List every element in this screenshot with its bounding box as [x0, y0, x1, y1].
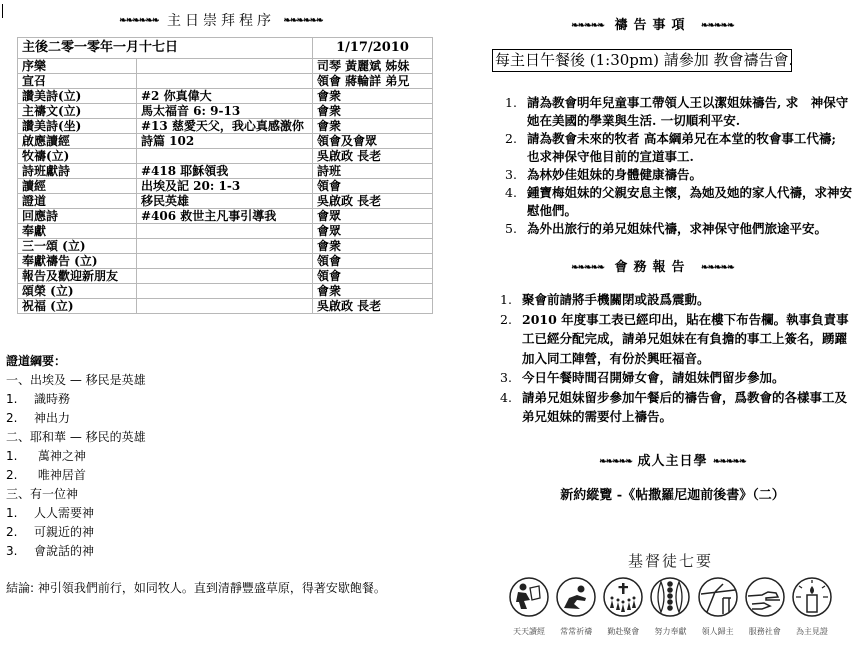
program-item: 證道 [18, 194, 137, 209]
outline-conclusion: 結論: 神引領我們前行，如同牧人。直到清靜豐盛草原，得著安歇飽餐。 [6, 580, 436, 597]
item-number: 2. [500, 310, 512, 330]
program-item: 牧禱(立) [18, 149, 137, 164]
outline-line: 1. 萬神之神 [6, 447, 436, 466]
item-number: 3. [505, 166, 517, 184]
essential-label: 為主見證 [796, 626, 828, 637]
chinese-date: 主後二零一零年一月十七日 [18, 38, 313, 59]
item-text: 為外出旅行的弟兄姐妹代禱，求神保守他們旅途平安。 [527, 221, 827, 236]
program-item: 讚美詩(坐) [18, 119, 137, 134]
program-item: 奉獻禱告 (立) [18, 254, 137, 269]
list-item: 2.2010 年度事工表已經印出，貼在樓下布告欄。執事負責事工已經分配完成，請弟… [500, 310, 855, 369]
program-header-row: 主後二零一零年一月十七日 1/17/2010 [18, 38, 433, 59]
list-item: 3.為林妙佳姐妹的身體健康禱告。 [505, 166, 855, 184]
program-row: 讚美詩(立)#2 你真偉大會衆 [18, 89, 433, 104]
program-leader: 會衆 [313, 284, 433, 299]
bible-reading-icon [508, 576, 550, 622]
outline-line: 1.人人需要神 [6, 504, 436, 523]
prayer-list: 1.請為教會明年兒童事工帶領人王以潔姐妹禱告, 求 神保守她在美國的學業與生活.… [505, 94, 855, 238]
program-leader: 領會及會眾 [313, 134, 433, 149]
program-item: 讚美詩(立) [18, 89, 137, 104]
outline-number: 3. [6, 542, 34, 561]
seven-essentials-graphic: 基督徒七要 天天讀經常常祈禱勤赴聚會努力奉獻領人歸主服務社會為主見證 [507, 550, 834, 637]
program-item: 讀經 [18, 179, 137, 194]
praying-icon [555, 576, 597, 622]
item-text: 聚會前請將手機關閉或設爲震動。 [522, 292, 710, 307]
program-content: 詩篇 102 [137, 134, 313, 149]
program-row: 宣召領會 蔣輪詳 弟兄 [18, 74, 433, 89]
outline-line: 3.會說話的神 [6, 542, 436, 561]
program-item: 主禱文(立) [18, 104, 137, 119]
program-row: 牧禱(立)吳啟政 長老 [18, 149, 433, 164]
ornament-right: ❧❧❧❧❧ [713, 457, 746, 467]
item-text: 鍾寶梅姐妹的父親安息主懷，為她及她的家人代禱，求神安慰他們。 [527, 185, 852, 218]
essential-label: 努力奉獻 [654, 626, 686, 637]
worship-program-title: ❧❧❧❧❧❧ 主日崇拜程序 ❧❧❧❧❧❧ [86, 10, 356, 30]
essential-label: 天天讀經 [513, 626, 545, 637]
ornament-right: ❧❧❧❧❧❧ [283, 16, 322, 26]
program-item: 詩班獻詩 [18, 164, 137, 179]
outline-number: 1. [6, 447, 34, 466]
essential-item: 為主見證 [790, 576, 834, 637]
program-leader: 領會 [313, 269, 433, 284]
program-row: 讚美詩(坐)#13 慈愛天父，我心真感激你會衆 [18, 119, 433, 134]
program-content [137, 59, 313, 74]
list-item: 5.為外出旅行的弟兄姐妹代禱，求神保守他們旅途平安。 [505, 220, 855, 238]
program-content: #2 你真偉大 [137, 89, 313, 104]
outline-heading: 證道綱要： [6, 352, 436, 371]
sunday-school-title: ❧❧❧❧❧ 成人主日學 ❧❧❧❧❧ [550, 450, 795, 469]
program-content: 出埃及記 20: 1-3 [137, 179, 313, 194]
program-row: 讀經出埃及記 20: 1-3領會 [18, 179, 433, 194]
program-content [137, 269, 313, 284]
essential-item: 領人歸主 [696, 576, 740, 637]
outline-number: 1. [6, 390, 34, 409]
program-leader: 會衆 [313, 89, 433, 104]
program-leader: 吳啟政 長老 [313, 149, 433, 164]
program-item: 序樂 [18, 59, 137, 74]
item-number: 3. [500, 368, 512, 388]
outline-line: 一、出埃及 — 移民是英雄 [6, 371, 436, 390]
outline-text: 唯神居首 [34, 468, 86, 482]
program-item: 頌榮 (立) [18, 284, 137, 299]
outline-number: 2. [6, 466, 34, 485]
program-leader: 會眾 [313, 224, 433, 239]
essential-item: 服務社會 [743, 576, 787, 637]
sermon-outline: 證道綱要： 一、出埃及 — 移民是英雄1.識時務2.神出力二、耶和華 — 移民的… [6, 352, 436, 597]
program-leader: 會衆 [313, 119, 433, 134]
program-item: 報告及歡迎新朋友 [18, 269, 137, 284]
leading-to-lord-icon [697, 576, 739, 622]
program-item: 三一頌 (立) [18, 239, 137, 254]
outline-text: 人人需要神 [34, 506, 94, 520]
essential-label: 領人歸主 [702, 626, 734, 637]
program-row: 回應詩#406 救世主凡事引導我會眾 [18, 209, 433, 224]
program-content [137, 284, 313, 299]
prayer-section-title-text: 禱告事項 [614, 18, 690, 33]
program-content: 移民英雄 [137, 194, 313, 209]
program-content [137, 224, 313, 239]
program-row: 啟應讀經詩篇 102領會及會眾 [18, 134, 433, 149]
item-text: 2010 年度事工表已經印出，貼在樓下布告欄。執事負責事工已經分配完成，請弟兄姐… [522, 312, 849, 366]
item-number: 1. [505, 94, 517, 112]
program-leader: 吳啟政 長老 [313, 299, 433, 314]
essential-item: 常常祈禱 [554, 576, 598, 637]
outline-text: 三、有一位神 [6, 487, 78, 501]
program-item: 祝福 (立) [18, 299, 137, 314]
program-row: 奉獻禱告 (立)領會 [18, 254, 433, 269]
item-number: 2. [505, 130, 517, 148]
list-item: 1.請為教會明年兒童事工帶領人王以潔姐妹禱告, 求 神保守她在美國的學業與生活.… [505, 94, 855, 130]
report-section-title: ❧❧❧❧❧ 會務報告 ❧❧❧❧❧ [510, 256, 795, 275]
worship-program-table: 主後二零一零年一月十七日 1/17/2010 序樂司琴 黃麗斌 姊妹宣召領會 蔣… [17, 37, 433, 314]
sunday-school-course: 新約縱覽 -《帖撒羅尼迦前後書》（二） [545, 484, 800, 503]
list-item: 4.請弟兄姐妹留步參加午餐后的禱告會，爲教會的各樣事工及弟兄姐妹的需要付上禱告。 [500, 388, 855, 427]
report-section-title-text: 會務報告 [614, 260, 690, 275]
program-content [137, 149, 313, 164]
program-row: 三一頌 (立)會衆 [18, 239, 433, 254]
outline-line: 2. 唯神居首 [6, 466, 436, 485]
essential-label: 服務社會 [749, 626, 781, 637]
outline-text: 萬神之神 [34, 449, 86, 463]
program-row: 主禱文(立)馬太福音 6: 9-13會衆 [18, 104, 433, 119]
program-item: 宣召 [18, 74, 137, 89]
list-item: 1.聚會前請將手機關閉或設爲震動。 [500, 290, 855, 310]
program-content [137, 299, 313, 314]
outline-number: 2. [6, 523, 34, 542]
item-number: 4. [500, 388, 512, 408]
program-row: 奉獻會眾 [18, 224, 433, 239]
program-leader: 吳啟政 長老 [313, 194, 433, 209]
program-row: 證道移民英雄吳啟政 長老 [18, 194, 433, 209]
essential-item: 努力奉獻 [648, 576, 692, 637]
outline-line: 2.神出力 [6, 409, 436, 428]
item-text: 請為教會明年兒童事工帶領人王以潔姐妹禱告, 求 神保守她在美國的學業與生活. 一… [527, 95, 848, 128]
program-row: 詩班獻詩#418 耶穌領我詩班 [18, 164, 433, 179]
program-item: 奉獻 [18, 224, 137, 239]
item-text: 請為教會未來的牧者 高本綱弟兄在本堂的牧會事工代禱; 也求神保守他目前的宣道事工… [527, 131, 848, 164]
prayer-section-title: ❧❧❧❧❧ 禱告事項 ❧❧❧❧❧ [510, 14, 795, 33]
program-leader: 會衆 [313, 104, 433, 119]
item-number: 5. [505, 220, 517, 238]
outline-line: 二、耶和華 — 移民的英雄 [6, 428, 436, 447]
item-number: 1. [500, 290, 512, 310]
outline-text: 會說話的神 [34, 544, 94, 558]
program-leader: 領會 蔣輪詳 弟兄 [313, 74, 433, 89]
program-leader: 會衆 [313, 239, 433, 254]
outline-text: 識時務 [34, 392, 70, 406]
essential-item: 天天讀經 [507, 576, 551, 637]
outline-text: 二、耶和華 — 移民的英雄 [6, 430, 146, 444]
outline-number: 2. [6, 409, 34, 428]
program-item: 回應詩 [18, 209, 137, 224]
outline-number: 1. [6, 504, 34, 523]
ornament-right: ❧❧❧❧❧ [701, 263, 734, 273]
outline-line: 三、有一位神 [6, 485, 436, 504]
gathering-cross-icon [602, 576, 644, 622]
program-leader: 領會 [313, 179, 433, 194]
program-row: 頌榮 (立)會衆 [18, 284, 433, 299]
essential-item: 勤赴聚會 [601, 576, 645, 637]
item-text: 為林妙佳姐妹的身體健康禱告。 [527, 167, 702, 182]
program-row: 祝福 (立)吳啟政 長老 [18, 299, 433, 314]
ornament-left: ❧❧❧❧❧ [571, 21, 604, 31]
ornament-left: ❧❧❧❧❧ [599, 457, 632, 467]
outline-text: 神出力 [34, 411, 70, 425]
sunday-school-title-text: 成人主日學 [637, 454, 707, 469]
program-leader: 會眾 [313, 209, 433, 224]
outline-text: 一、出埃及 — 移民是英雄 [6, 373, 146, 387]
program-leader: 司琴 黃麗斌 姊妹 [313, 59, 433, 74]
program-content: #13 慈愛天父，我心真感激你 [137, 119, 313, 134]
report-list: 1.聚會前請將手機關閉或設爲震動。2.2010 年度事工表已經印出，貼在樓下布告… [500, 290, 855, 427]
program-content: #406 救世主凡事引導我 [137, 209, 313, 224]
list-item: 3.今日午餐時間召開婦女會，請姐妹們留步參加。 [500, 368, 855, 388]
text-cursor [2, 4, 3, 18]
candle-witness-icon [791, 576, 833, 622]
program-leader: 詩班 [313, 164, 433, 179]
program-item: 啟應讀經 [18, 134, 137, 149]
program-content: 馬太福音 6: 9-13 [137, 104, 313, 119]
essential-label: 勤赴聚會 [607, 626, 639, 637]
program-row: 序樂司琴 黃麗斌 姊妹 [18, 59, 433, 74]
ornament-right: ❧❧❧❧❧ [701, 21, 734, 31]
outline-line: 2.可親近的神 [6, 523, 436, 542]
worship-program-title-text: 主日崇拜程序 [167, 13, 275, 29]
program-content [137, 239, 313, 254]
seven-essentials-title: 基督徒七要 [507, 550, 834, 571]
western-date: 1/17/2010 [313, 38, 433, 59]
essential-label: 常常祈禱 [560, 626, 592, 637]
serving-hands-icon [744, 576, 786, 622]
ornament-left: ❧❧❧❧❧ [571, 263, 604, 273]
program-content [137, 254, 313, 269]
program-content: #418 耶穌領我 [137, 164, 313, 179]
list-item: 2.請為教會未來的牧者 高本綱弟兄在本堂的牧會事工代禱; 也求神保守他目前的宣道… [505, 130, 855, 166]
outline-line: 1.識時務 [6, 390, 436, 409]
item-text: 請弟兄姐妹留步參加午餐后的禱告會，爲教會的各樣事工及弟兄姐妹的需要付上禱告。 [522, 390, 847, 425]
program-content [137, 74, 313, 89]
program-row: 報告及歡迎新朋友領會 [18, 269, 433, 284]
item-text: 今日午餐時間召開婦女會，請姐妹們留步參加。 [522, 370, 785, 385]
fish-offering-icon [649, 576, 691, 622]
item-number: 4. [505, 184, 517, 202]
prayer-meeting-notice: 每主日午餐後 (1:30pm) 請參加 教會禱告會. [492, 49, 792, 72]
ornament-left: ❧❧❧❧❧❧ [119, 16, 158, 26]
list-item: 4.鍾寶梅姐妹的父親安息主懷，為她及她的家人代禱，求神安慰他們。 [505, 184, 855, 220]
program-leader: 領會 [313, 254, 433, 269]
outline-text: 可親近的神 [34, 525, 94, 539]
